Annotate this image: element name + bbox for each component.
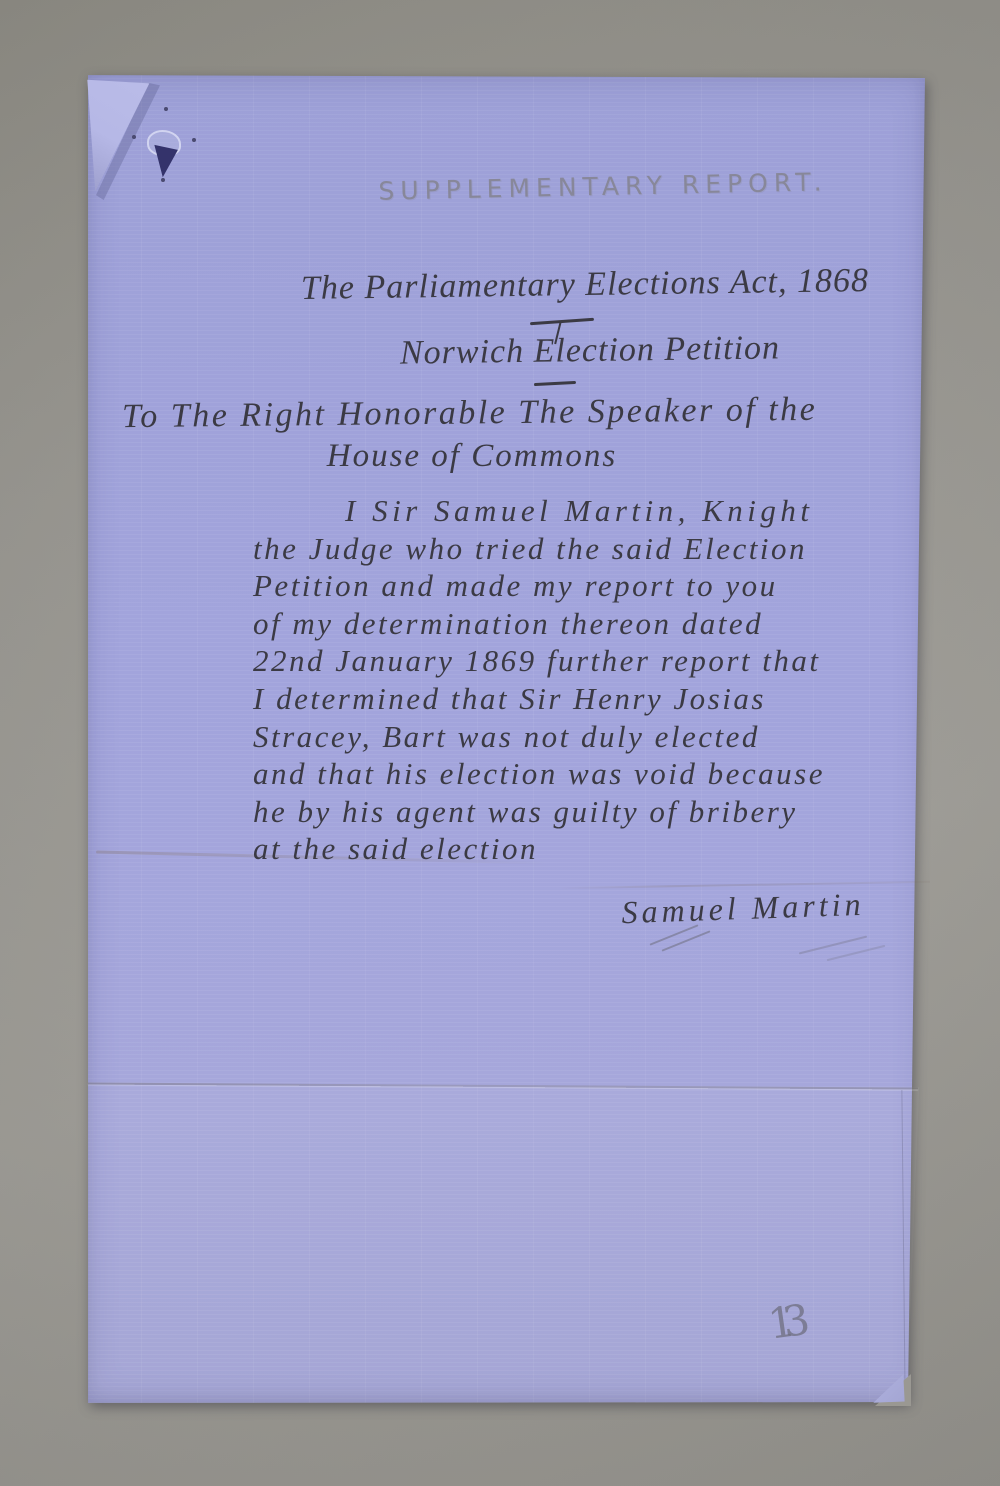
body-line: 22nd January 1869 further report that bbox=[253, 642, 915, 680]
body-line: he by his agent was guilty of bribery bbox=[253, 793, 915, 831]
pin-hole-dot bbox=[132, 135, 136, 139]
body-line: the Judge who tried the said Election bbox=[253, 530, 915, 568]
photo-background: SUPPLEMENTARY REPORT. The Parliamentary … bbox=[0, 0, 1000, 1486]
body-line: I Sir Samuel Martin, Knight bbox=[253, 492, 915, 530]
body-paragraph: I Sir Samuel Martin, Knight the Judge wh… bbox=[253, 492, 915, 868]
salutation-line-2: House of Commons bbox=[282, 438, 662, 475]
body-line: Petition and made my report to you bbox=[253, 567, 915, 605]
body-line: Stracey, Bart was not duly elected bbox=[253, 718, 915, 756]
pin-hole-dot bbox=[164, 107, 168, 111]
title-line-2: Norwich Election Petition bbox=[330, 328, 850, 373]
pin-hole-dot bbox=[161, 178, 165, 182]
pin-hole-dot bbox=[192, 138, 196, 142]
pencil-page-mark: 13 bbox=[745, 1293, 821, 1351]
body-line: of my determination thereon dated bbox=[253, 605, 915, 643]
body-line: and that his election was void because bbox=[253, 755, 915, 793]
body-line: I determined that Sir Henry Josias bbox=[253, 680, 915, 718]
body-line: at the said election bbox=[253, 830, 915, 868]
